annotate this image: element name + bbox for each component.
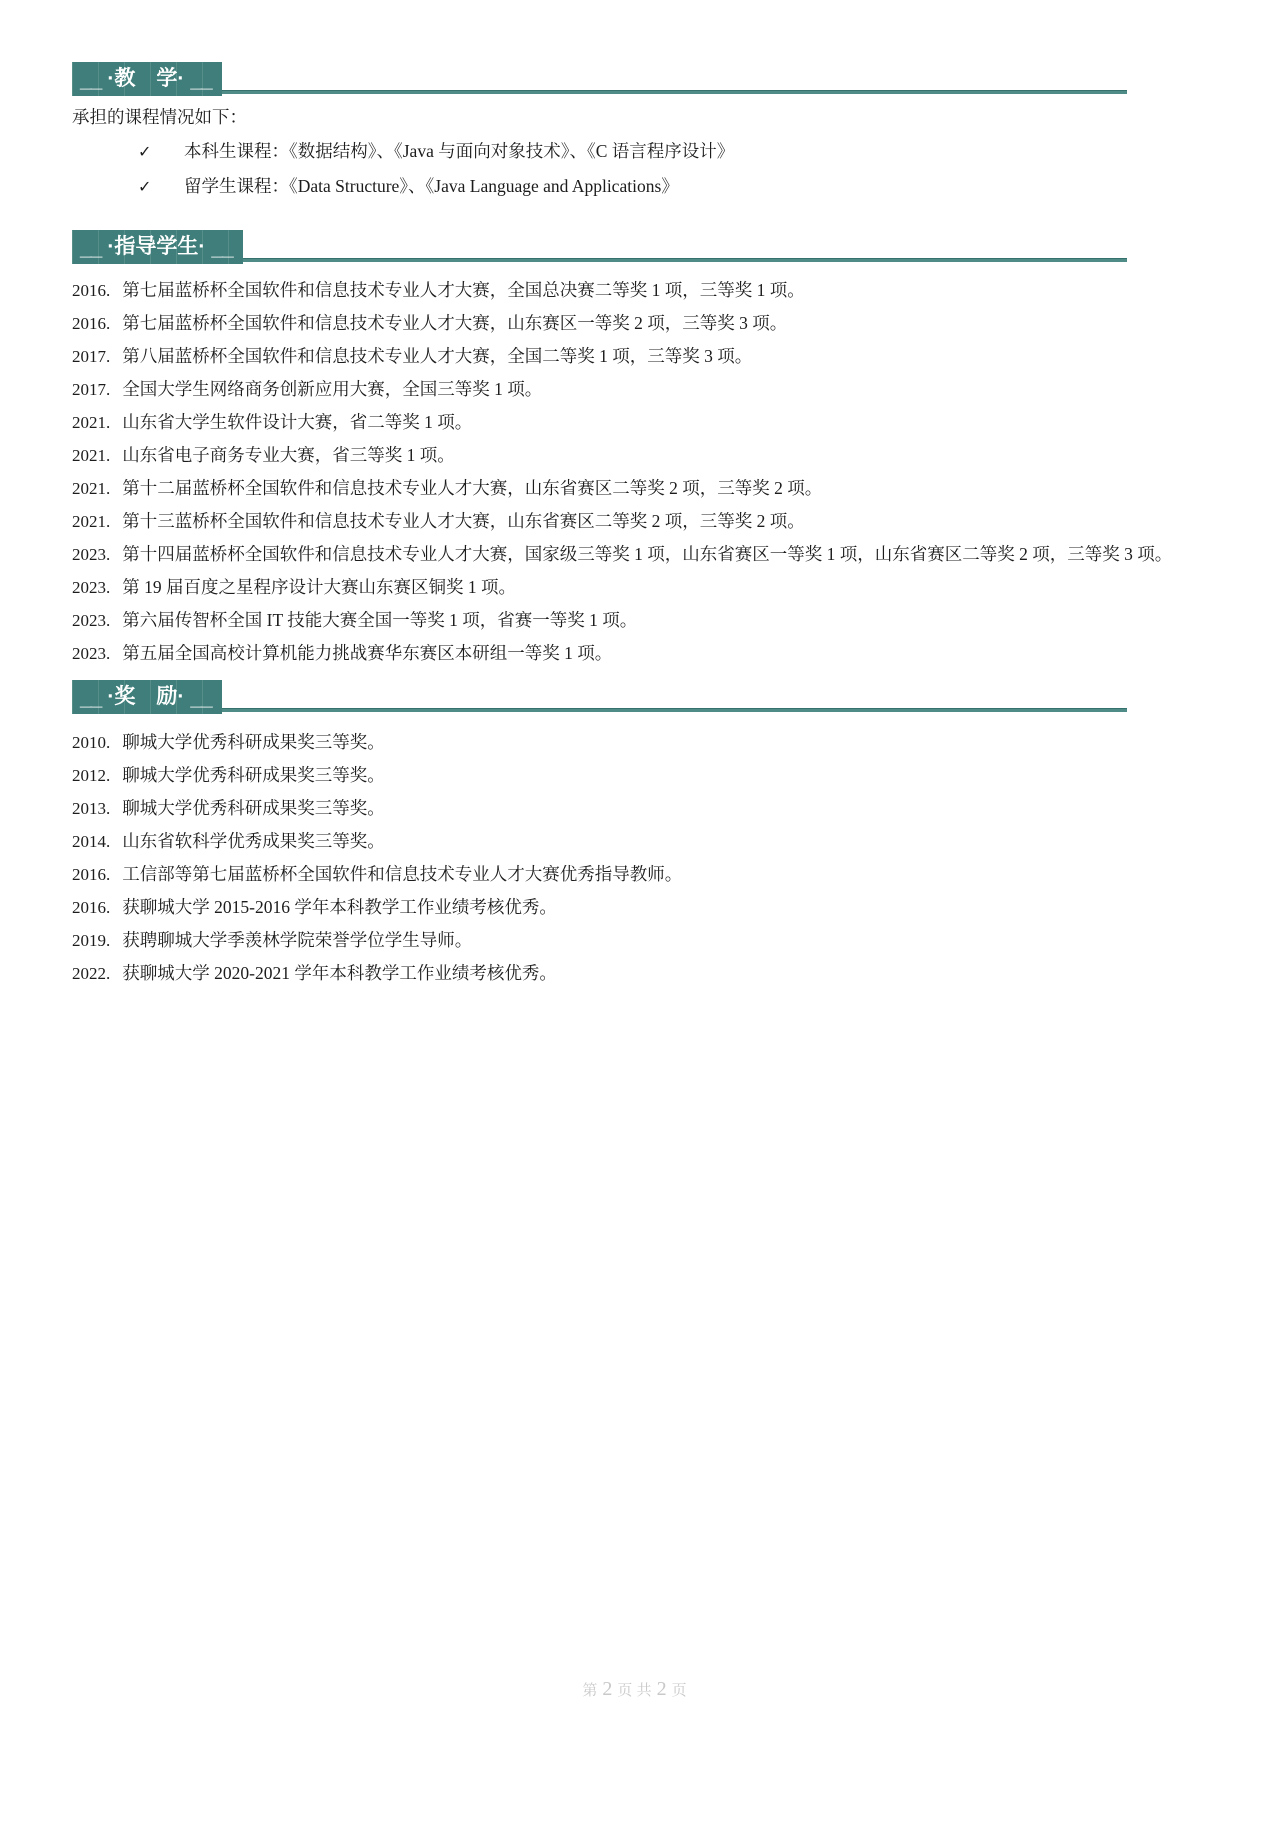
item-text: 获聘聊城大学季羡林学院荣誉学位学生导师。 [122,930,472,950]
item-year: 2014. [72,832,110,851]
item-year: 2023. [72,545,110,564]
item-year: 2021. [72,413,110,432]
item-year: 2023. [72,644,110,663]
guidance-item: 2021.第十三蓝桥杯全国软件和信息技术专业人才大赛，山东省赛区二等奖 2 项，… [72,505,1195,538]
item-text: 第六届传智杯全国 IT 技能大赛全国一等奖 1 项，省赛一等奖 1 项。 [122,610,637,630]
header-underscore-left: __ [80,234,101,264]
footer-label-mid: 页 共 [617,1682,651,1699]
document-page: __ ·教 学· __ 承担的课程情况如下： ✓本科生课程：《数据结构》、《Ja… [0,0,1269,1821]
guidance-item: 2021.山东省大学生软件设计大赛，省二等奖 1 项。 [72,406,1195,439]
item-year: 2022. [72,964,110,983]
award-item: 2010.聊城大学优秀科研成果奖三等奖。 [72,726,1195,759]
guidance-item: 2023.第六届传智杯全国 IT 技能大赛全国一等奖 1 项，省赛一等奖 1 项… [72,604,1195,637]
item-text: 山东省软科学优秀成果奖三等奖。 [122,831,385,851]
teaching-intro: 承担的课程情况如下： [72,100,1195,134]
item-text: 获聊城大学 2015-2016 学年本科教学工作业绩考核优秀。 [122,897,557,917]
section-header-guidance: __ ·指导学生· __ [72,230,1195,264]
teaching-bullet-international: ✓留学生课程：《Data Structure》、《Java Language a… [72,169,1195,204]
guidance-item: 2021.第十二届蓝桥杯全国软件和信息技术专业人才大赛，山东省赛区二等奖 2 项… [72,472,1195,505]
item-text: 第七届蓝桥杯全国软件和信息技术专业人才大赛，山东赛区一等奖 2 项，三等奖 3 … [122,313,787,333]
page-content: __ ·教 学· __ 承担的课程情况如下： ✓本科生课程：《数据结构》、《Ja… [72,62,1195,990]
item-text: 全国大学生网络商务创新应用大赛，全国三等奖 1 项。 [122,379,542,399]
item-year: 2021. [72,479,110,498]
section-title-teaching: ·教 学· [107,62,184,96]
bullet-text: 留学生课程：《Data Structure》、《Java Language an… [184,176,679,196]
footer-label-suffix: 页 [672,1682,687,1699]
section-rule-line [222,708,1127,712]
award-item: 2016.获聊城大学 2015-2016 学年本科教学工作业绩考核优秀。 [72,891,1195,924]
bullet-text: 本科生课程：《数据结构》、《Java 与面向对象技术》、《C 语言程序设计》 [184,141,734,161]
award-item: 2022.获聊城大学 2020-2021 学年本科教学工作业绩考核优秀。 [72,957,1195,990]
section-title-awards: ·奖 励· [107,680,184,714]
section-header-awards: __ ·奖 励· __ [72,680,1195,714]
item-year: 2016. [72,281,110,300]
item-year: 2012. [72,766,110,785]
item-year: 2017. [72,380,110,399]
award-item: 2016.工信部等第七届蓝桥杯全国软件和信息技术专业人才大赛优秀指导教师。 [72,858,1195,891]
guidance-item: 2016.第七届蓝桥杯全国软件和信息技术专业人才大赛，全国总决赛二等奖 1 项，… [72,274,1195,307]
item-text: 聊城大学优秀科研成果奖三等奖。 [122,732,385,752]
section-header-teaching: __ ·教 学· __ [72,62,1195,96]
item-text: 聊城大学优秀科研成果奖三等奖。 [122,765,385,785]
guidance-list: 2016.第七届蓝桥杯全国软件和信息技术专业人才大赛，全国总决赛二等奖 1 项，… [72,274,1195,670]
section-title-box-teaching: __ ·教 学· __ [72,62,222,96]
header-underscore-right: __ [190,66,211,96]
awards-list: 2010.聊城大学优秀科研成果奖三等奖。 2012.聊城大学优秀科研成果奖三等奖… [72,726,1195,990]
section-title-box-guidance: __ ·指导学生· __ [72,230,243,264]
guidance-item: 2023.第五届全国高校计算机能力挑战赛华东赛区本研组一等奖 1 项。 [72,637,1195,670]
item-text: 第七届蓝桥杯全国软件和信息技术专业人才大赛，全国总决赛二等奖 1 项，三等奖 1… [122,280,805,300]
header-underscore-right: __ [190,684,211,714]
checkmark-icon: ✓ [138,135,184,169]
section-title-guidance: ·指导学生· [107,230,205,264]
section-rule-line [222,90,1127,94]
footer-label-prefix: 第 [582,1682,597,1699]
award-item: 2014.山东省软科学优秀成果奖三等奖。 [72,825,1195,858]
guidance-item: 2017.第八届蓝桥杯全国软件和信息技术专业人才大赛，全国二等奖 1 项，三等奖… [72,340,1195,373]
guidance-item: 2023.第 19 届百度之星程序设计大赛山东赛区铜奖 1 项。 [72,571,1195,604]
item-year: 2010. [72,733,110,752]
checkmark-icon: ✓ [138,170,184,204]
item-text: 第八届蓝桥杯全国软件和信息技术专业人才大赛，全国二等奖 1 项，三等奖 3 项。 [122,346,752,366]
page-footer: 第2页 共2页 [0,1678,1269,1701]
item-text: 第十二届蓝桥杯全国软件和信息技术专业人才大赛，山东省赛区二等奖 2 项，三等奖 … [122,478,822,498]
award-item: 2013.聊城大学优秀科研成果奖三等奖。 [72,792,1195,825]
item-text: 第五届全国高校计算机能力挑战赛华东赛区本研组一等奖 1 项。 [122,643,612,663]
item-text: 工信部等第七届蓝桥杯全国软件和信息技术专业人才大赛优秀指导教师。 [122,864,682,884]
section-title-box-awards: __ ·奖 励· __ [72,680,222,714]
item-year: 2016. [72,898,110,917]
item-text: 第 19 届百度之星程序设计大赛山东赛区铜奖 1 项。 [122,577,516,597]
item-year: 2013. [72,799,110,818]
footer-page-number: 2 [602,1678,612,1700]
item-year: 2023. [72,578,110,597]
section-rule-line [243,258,1127,262]
item-text: 获聊城大学 2020-2021 学年本科教学工作业绩考核优秀。 [122,963,557,983]
guidance-item: 2017.全国大学生网络商务创新应用大赛，全国三等奖 1 项。 [72,373,1195,406]
header-underscore-left: __ [80,684,101,714]
item-year: 2021. [72,512,110,531]
guidance-item: 2016.第七届蓝桥杯全国软件和信息技术专业人才大赛，山东赛区一等奖 2 项，三… [72,307,1195,340]
item-text: 第十四届蓝桥杯全国软件和信息技术专业人才大赛，国家级三等奖 1 项，山东省赛区一… [122,544,1172,564]
footer-total-pages: 2 [657,1678,667,1700]
item-text: 山东省电子商务专业大赛，省三等奖 1 项。 [122,445,455,465]
award-item: 2012.聊城大学优秀科研成果奖三等奖。 [72,759,1195,792]
item-year: 2023. [72,611,110,630]
item-year: 2017. [72,347,110,366]
item-text: 山东省大学生软件设计大赛，省二等奖 1 项。 [122,412,472,432]
guidance-item: 2021.山东省电子商务专业大赛，省三等奖 1 项。 [72,439,1195,472]
header-underscore-left: __ [80,66,101,96]
teaching-bullet-undergrad: ✓本科生课程：《数据结构》、《Java 与面向对象技术》、《C 语言程序设计》 [72,134,1195,169]
award-item: 2019.获聘聊城大学季羡林学院荣誉学位学生导师。 [72,924,1195,957]
guidance-item: 2023.第十四届蓝桥杯全国软件和信息技术专业人才大赛，国家级三等奖 1 项，山… [72,538,1195,571]
item-text: 聊城大学优秀科研成果奖三等奖。 [122,798,385,818]
item-year: 2019. [72,931,110,950]
item-year: 2016. [72,314,110,333]
item-text: 第十三蓝桥杯全国软件和信息技术专业人才大赛，山东省赛区二等奖 2 项，三等奖 2… [122,511,805,531]
item-year: 2021. [72,446,110,465]
item-year: 2016. [72,865,110,884]
header-underscore-right: __ [211,234,232,264]
